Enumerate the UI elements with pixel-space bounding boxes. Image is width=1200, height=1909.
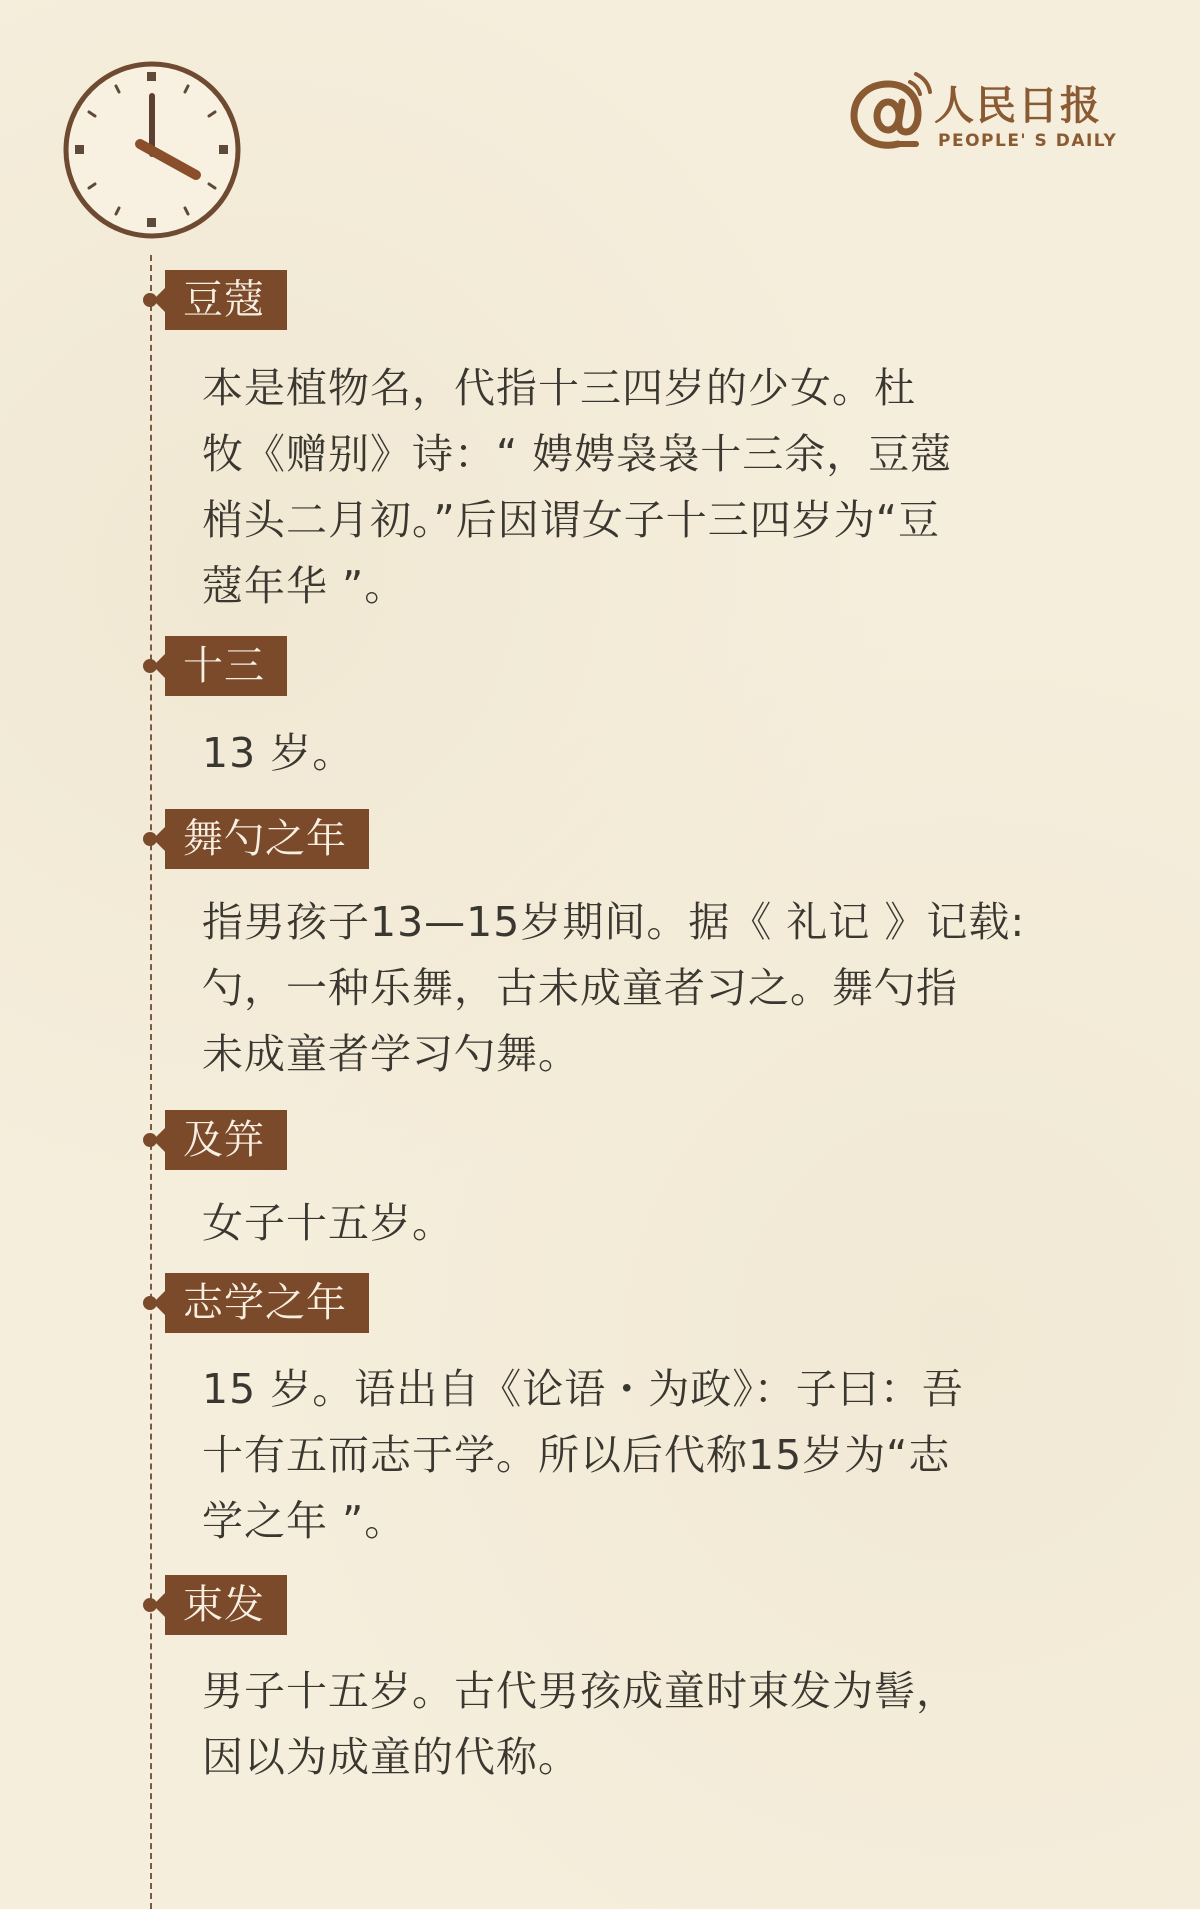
term-tag: 志学之年 [165, 1273, 369, 1333]
term-description: 女子十五岁。 [202, 1190, 1092, 1256]
description-line: 梢头二月初。”后因谓女子十三四岁为“豆 [202, 487, 1092, 553]
description-line: 女子十五岁。 [202, 1190, 1092, 1256]
description-line: 本是植物名，代指十三四岁的少女。杜 [202, 355, 1092, 421]
at-sign-signal-icon [846, 72, 936, 162]
description-line: 未成童者学习勺舞。 [202, 1021, 1092, 1087]
term-description: 本是植物名，代指十三四岁的少女。杜 牧《赠别》诗：“ 娉娉袅袅十三余，豆蔻 梢头… [202, 355, 1092, 619]
term-tag: 豆蔻 [165, 270, 287, 330]
description-line: 十有五而志于学。所以后代称15岁为“志 [202, 1422, 1092, 1488]
description-line: 因以为成童的代称。 [202, 1724, 1092, 1790]
clock-icon [60, 58, 244, 242]
term-description: 13 岁。 [202, 720, 1092, 786]
logo-english-name: PEOPLE' S DAILY [938, 130, 1117, 152]
term-description: 15 岁。语出自《论语・为政》：子曰：吾 十有五而志于学。所以后代称15岁为“志… [202, 1356, 1092, 1554]
term-tag: 舞勺之年 [165, 809, 369, 869]
logo-chinese-name: 人民日报 [934, 82, 1102, 130]
term-tag: 及笄 [165, 1110, 287, 1170]
description-line: 学之年 ”。 [202, 1488, 1092, 1554]
term-tag: 十三 [165, 636, 287, 696]
description-line: 男子十五岁。古代男孩成童时束发为髻， [202, 1658, 1092, 1724]
peoples-daily-logo: 人民日报 PEOPLE' S DAILY [846, 72, 1136, 162]
timeline-line [150, 255, 152, 1909]
description-line: 指男孩子13—15岁期间。据《 礼记 》记载: [202, 889, 1092, 955]
description-line: 蔻年华 ”。 [202, 553, 1092, 619]
term-description: 男子十五岁。古代男孩成童时束发为髻， 因以为成童的代称。 [202, 1658, 1092, 1790]
description-line: 15 岁。语出自《论语・为政》：子曰：吾 [202, 1356, 1092, 1422]
description-line: 牧《赠别》诗：“ 娉娉袅袅十三余，豆蔻 [202, 421, 1092, 487]
term-tag: 束发 [165, 1575, 287, 1635]
description-line: 勺，一种乐舞，古未成童者习之。舞勺指 [202, 955, 1092, 1021]
description-line: 13 岁。 [202, 720, 1092, 786]
term-description: 指男孩子13—15岁期间。据《 礼记 》记载: 勺，一种乐舞，古未成童者习之。舞… [202, 889, 1092, 1087]
